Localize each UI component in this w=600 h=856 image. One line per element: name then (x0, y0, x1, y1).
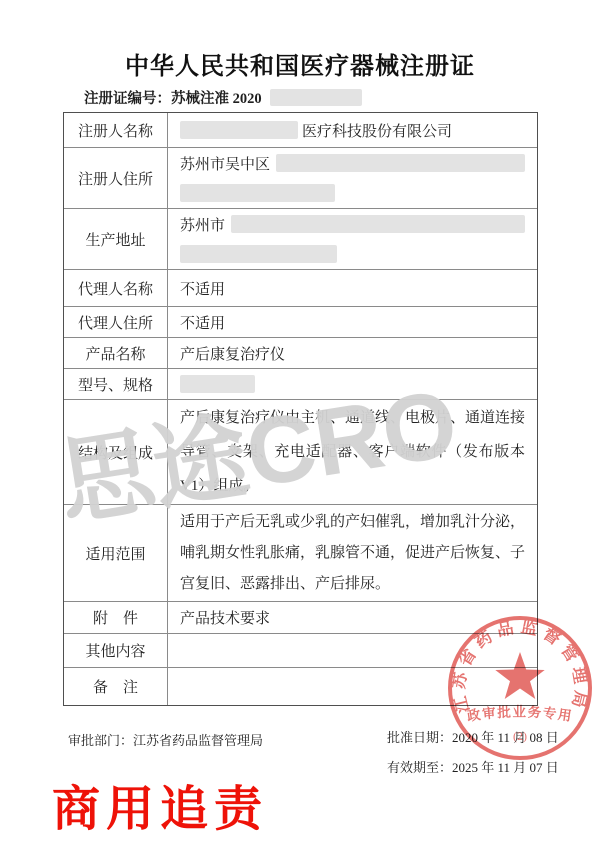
table-row-scope-of-application: 适用范围 适用于产后无乳或少乳的产妇催乳，增加乳汁分泌，哺乳期女性乳胀痛，乳腺管… (64, 504, 537, 601)
row-value: 苏州市吴中区 (168, 148, 537, 208)
approval-date-label: 批准日期： (387, 730, 452, 745)
row-value: 适用于产后无乳或少乳的产妇催乳，增加乳汁分泌，哺乳期女性乳胀痛，乳腺管不通，促进… (168, 505, 537, 601)
redacted-region (276, 154, 525, 172)
table-row-attachment: 附 件 产品技术要求 (64, 601, 537, 633)
row-label: 注册人名称 (64, 113, 168, 147)
row-value (168, 369, 537, 399)
redacted-region (180, 121, 298, 139)
table-row-remarks: 备 注 (64, 667, 537, 705)
row-label: 注册人住所 (64, 148, 168, 208)
table-row-other-content: 其他内容 (64, 633, 537, 667)
approval-department-value: 江苏省药品监督管理局 (133, 733, 263, 748)
agent-address-text: 不适用 (180, 312, 525, 333)
row-label: 备 注 (64, 668, 168, 705)
row-value: 不适用 (168, 307, 537, 337)
row-value: 苏州市 (168, 209, 537, 269)
certificate-page: 中华人民共和国医疗器械注册证 注册证编号：苏械注准 2020 注册人名称 医疗科… (0, 0, 600, 856)
row-label: 型号、规格 (64, 369, 168, 399)
certificate-number-line: 注册证编号：苏械注准 2020 (84, 87, 362, 108)
attachment-text: 产品技术要求 (180, 607, 525, 628)
table-row-agent-name: 代理人名称 不适用 (64, 269, 537, 306)
table-row-structure-composition: 结构及组成 产后康复治疗仪由主机、通道线、电极片、通道连接导管、支架、充电适配器… (64, 399, 537, 504)
row-value: 医疗科技股份有限公司 (168, 113, 537, 147)
table-row-agent-address: 代理人住所 不适用 (64, 306, 537, 337)
row-value (168, 634, 537, 667)
approval-date-value: 2020 年 11 月 08 日 (452, 730, 559, 745)
row-label: 产品名称 (64, 338, 168, 368)
row-label: 附 件 (64, 602, 168, 633)
row-label: 生产地址 (64, 209, 168, 269)
row-label: 适用范围 (64, 505, 168, 601)
row-value: 产后康复治疗仪 (168, 338, 537, 368)
registrant-address-text: 苏州市吴中区 (180, 153, 270, 174)
approval-department-label: 审批部门： (68, 733, 133, 748)
production-address-text: 苏州市 (180, 214, 225, 235)
row-label: 其他内容 (64, 634, 168, 667)
row-label: 结构及组成 (64, 400, 168, 504)
table-row-production-address: 生产地址 苏州市 (64, 208, 537, 269)
structure-composition-text: 产后康复治疗仪由主机、通道线、电极片、通道连接导管、支架、充电适配器、客户端软件… (180, 401, 525, 503)
table-row-product-name: 产品名称 产后康复治疗仪 (64, 337, 537, 368)
scope-of-application-text: 适用于产后无乳或少乳的产妇催乳，增加乳汁分泌，哺乳期女性乳胀痛，乳腺管不通，促进… (180, 507, 525, 600)
redacted-region (180, 184, 335, 202)
registrant-name-text: 医疗科技股份有限公司 (302, 120, 452, 141)
certificate-number-value: 苏械注准 2020 (171, 87, 262, 108)
row-value: 不适用 (168, 270, 537, 306)
warning-text: 商用追责 (52, 770, 268, 839)
table-row-model-spec: 型号、规格 (64, 368, 537, 399)
row-value (168, 668, 537, 705)
redacted-region (180, 245, 337, 263)
redacted-region (270, 89, 362, 106)
valid-until-line: 有效期至：2025 年 11 月 07 日 (387, 760, 559, 776)
document-title: 中华人民共和国医疗器械注册证 (0, 46, 600, 81)
row-label: 代理人名称 (64, 270, 168, 306)
table-row-registrant-address: 注册人住所 苏州市吴中区 (64, 147, 537, 208)
redacted-region (231, 215, 525, 233)
table-row-registrant-name: 注册人名称 医疗科技股份有限公司 (64, 113, 537, 147)
valid-until-label: 有效期至： (387, 760, 452, 775)
redacted-region (180, 375, 255, 393)
footer-dates: 批准日期：2020 年 11 月 08 日 有效期至：2025 年 11 月 0… (387, 730, 559, 776)
valid-until-value: 2025 年 11 月 07 日 (452, 760, 559, 775)
row-value: 产品技术要求 (168, 602, 537, 633)
certificate-table: 注册人名称 医疗科技股份有限公司 注册人住所 苏州市吴中区 生 (63, 112, 538, 706)
row-value: 产后康复治疗仪由主机、通道线、电极片、通道连接导管、支架、充电适配器、客户端软件… (168, 400, 537, 504)
row-label: 代理人住所 (64, 307, 168, 337)
approval-date-line: 批准日期：2020 年 11 月 08 日 (387, 730, 559, 746)
product-name-text: 产后康复治疗仪 (180, 343, 525, 364)
agent-name-text: 不适用 (180, 278, 525, 299)
approval-department-line: 审批部门：江苏省药品监督管理局 (68, 730, 263, 749)
certificate-number-label: 注册证编号： (84, 87, 171, 108)
